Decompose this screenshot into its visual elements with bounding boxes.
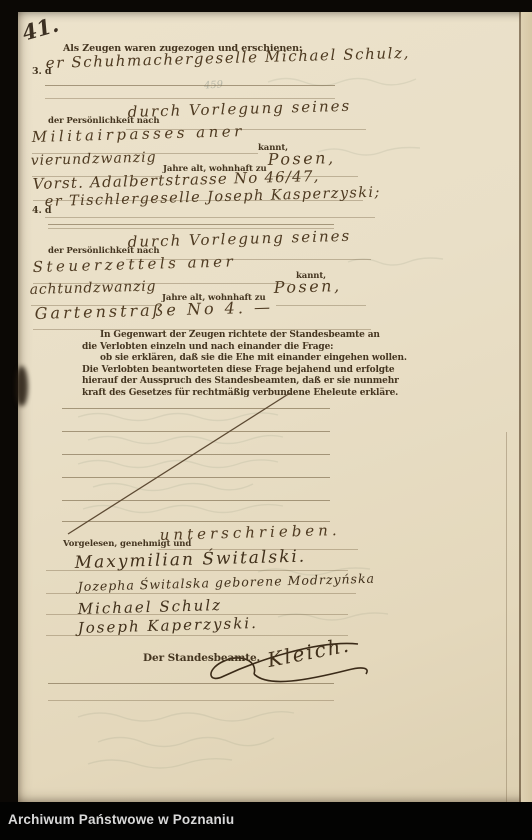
declaration-line: Die Verlobten beantworteten diese Frage … bbox=[82, 365, 334, 377]
scanned-archive-image: { "archive": { "watermark": "Archiwum Pa… bbox=[0, 0, 532, 840]
witness4-address-handwritten: Gartenstraße No 4. — bbox=[34, 297, 273, 323]
declaration-line: kraft des Gesetzes für rechtmäßig verbun… bbox=[82, 388, 334, 400]
registrar-label: Der Standesbeamte. bbox=[143, 652, 260, 664]
witness3-identity-handwritten-1: durch Vorlegung seines bbox=[127, 97, 351, 121]
underlying-page-edge bbox=[506, 432, 507, 802]
closing-handwritten: unterschrieben. bbox=[159, 521, 340, 544]
declaration-line: In Gegenwart der Zeugen richtete der Sta… bbox=[82, 330, 334, 342]
declaration-paragraph: In Gegenwart der Zeugen richtete der Sta… bbox=[82, 330, 334, 400]
cancellation-stroke bbox=[68, 393, 290, 534]
declaration-line: hierauf der Ausspruch des Standesbeamten… bbox=[82, 376, 334, 388]
margin-entry-number: 41. bbox=[19, 11, 61, 45]
document-page: 41. 459 Als Zeugen waren zugezogen und e… bbox=[18, 12, 532, 802]
signature-bride: Jozepha Świtalska geborene Modrzyńska bbox=[78, 571, 376, 594]
witness4-residence-handwritten: Posen, bbox=[273, 276, 341, 297]
signature-witness-4: Joseph Kaperzyski. bbox=[77, 614, 258, 637]
witness3-residence-handwritten: Posen, bbox=[267, 148, 335, 169]
declaration-line: die Verlobten einzeln und nach einander … bbox=[82, 342, 334, 354]
ink-smudge bbox=[16, 366, 28, 406]
scan-border-bottom: Archiwum Państwowe w Poznaniu bbox=[0, 802, 532, 840]
page-edge-strip bbox=[521, 12, 532, 802]
witness4-identity-handwritten-1: durch Vorlegung seines bbox=[127, 227, 351, 251]
witness3-age-handwritten: vierundzwanzig bbox=[31, 149, 157, 169]
archive-watermark: Archiwum Państwowe w Poznaniu bbox=[8, 812, 234, 827]
registrar-signature: Kleich. bbox=[265, 632, 352, 672]
declaration-line: ob sie erklären, daß sie die Ehe mit ein… bbox=[82, 353, 334, 365]
witness4-age-handwritten: achtundzwanzig bbox=[30, 278, 157, 298]
